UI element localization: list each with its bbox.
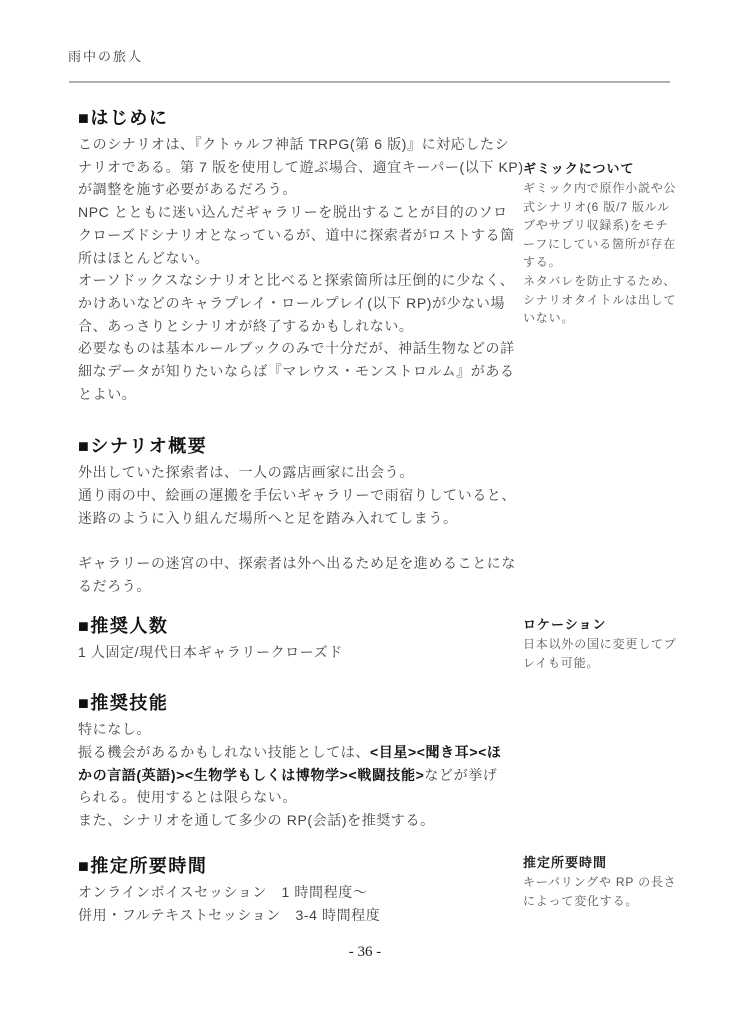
body-text: NPC とともに迷い込んだギャラリーを脱出することが目的のソロ <box>78 204 508 220</box>
body-line: 必要なものは基本ルールブックのみで十分だが、神話生物などの詳 <box>78 337 502 360</box>
section-heading: ■推奨人数 <box>78 613 502 639</box>
margin-note-line: いない。 <box>523 309 683 328</box>
body-line: 所はほとんどない。 <box>78 247 502 270</box>
body-text: が調整を施す必要があるだろう。 <box>78 181 297 197</box>
body-line: ナリオである。第 7 版を使用して遊ぶ場合、適宜キーパー(以下 KP) <box>78 156 502 179</box>
body-line: このシナリオは、『クトゥルフ神話 TRPG(第 6 版)』に対応したシ <box>78 133 502 156</box>
margin-note-line: 式シナリオ(6 版/7 版ルル <box>523 198 683 217</box>
section-heading: ■シナリオ概要 <box>78 433 502 459</box>
section-heading: ■推定所要時間 <box>78 853 502 879</box>
body-line: ギャラリーの迷宮の中、探索者は外へ出るため足を進めることにな <box>78 552 502 575</box>
margin-note: 推定所要時間キーパリングや RP の長さによって変化する。 <box>523 854 683 910</box>
body-line: 振る機会があるかもしれない技能としては、<目星><聞き耳><ほ <box>78 741 502 764</box>
body-text: 1 人固定/現代日本ギャラリークローズド <box>78 644 343 660</box>
body-text: 振る機会があるかもしれない技能としては、 <box>78 744 370 760</box>
body-text: オンラインボイスセッション 1 時間程度〜 <box>78 884 367 900</box>
body-line: NPC とともに迷い込んだギャラリーを脱出することが目的のソロ <box>78 201 502 224</box>
body-text: られる。使用するとは限らない。 <box>78 789 297 805</box>
body-text: 合、あっさりとシナリオが終了するかもしれない。 <box>78 318 414 334</box>
body-line: とよい。 <box>78 383 502 406</box>
section-heading: ■推奨技能 <box>78 690 502 716</box>
body-text: 細なデータが知りたいならば『マレウス・モンストロルム』がある <box>78 363 515 379</box>
page-number: - 36 - <box>0 944 730 961</box>
body-text: クローズドシナリオとなっているが、道中に探索者がロストする箇 <box>78 227 515 243</box>
body-text: オーソドックスなシナリオと比べると探索箇所は圧倒的に少なく、 <box>78 272 514 288</box>
body-line: 通り雨の中、絵画の運搬を手伝いギャラリーで雨宿りしていると、 <box>78 484 502 507</box>
body-line: が調整を施す必要があるだろう。 <box>78 178 502 201</box>
margin-note-line: ネタバレを防止するため、 <box>523 272 683 291</box>
body-text: 迷路のように入り組んだ場所へと足を踏み入れてしまう。 <box>78 510 458 526</box>
margin-note-line: 日本以外の国に変更してプ <box>523 635 683 654</box>
body-text: 通り雨の中、絵画の運搬を手伝いギャラリーで雨宿りしていると、 <box>78 487 516 503</box>
margin-note-line: する。 <box>523 253 683 272</box>
body-line: 迷路のように入り組んだ場所へと足を踏み入れてしまう。 <box>78 507 502 530</box>
margin-note-line: ーフにしている箇所が存在 <box>523 235 683 254</box>
body-text: ナリオである。第 7 版を使用して遊ぶ場合、適宜キーパー(以下 KP) <box>78 159 524 175</box>
header-rule <box>69 81 670 83</box>
margin-note-line: レイも可能。 <box>523 654 683 673</box>
body-line: オーソドックスなシナリオと比べると探索箇所は圧倒的に少なく、 <box>78 269 502 292</box>
running-header-title: 雨中の旅人 <box>68 46 143 65</box>
body-text: などが挙げ <box>424 767 497 783</box>
document-section: ■推奨人数1 人固定/現代日本ギャラリークローズド <box>78 613 502 664</box>
emphasized-text: <目星><聞き耳><ほ <box>370 744 501 760</box>
body-line: 合、あっさりとシナリオが終了するかもしれない。 <box>78 315 502 338</box>
body-text: 特になし。 <box>78 721 151 737</box>
body-line: クローズドシナリオとなっているが、道中に探索者がロストする箇 <box>78 224 502 247</box>
margin-note: ロケーション日本以外の国に変更してプレイも可能。 <box>523 616 683 672</box>
document-page: 雨中の旅人 ■はじめにこのシナリオは、『クトゥルフ神話 TRPG(第 6 版)』… <box>0 0 730 1024</box>
margin-note-title: ロケーション <box>523 616 683 634</box>
body-line: 1 人固定/現代日本ギャラリークローズド <box>78 641 502 664</box>
body-text: また、シナリオを通して多少の RP(会話)を推奨する。 <box>78 812 435 828</box>
main-column: ■はじめにこのシナリオは、『クトゥルフ神話 TRPG(第 6 版)』に対応したシ… <box>78 105 502 926</box>
body-line: 細なデータが知りたいならば『マレウス・モンストロルム』がある <box>78 360 502 383</box>
body-text: 併用・フルテキストセッション 3-4 時間程度 <box>78 907 380 923</box>
body-line: られる。使用するとは限らない。 <box>78 786 502 809</box>
body-text: 外出していた探索者は、一人の露店画家に出会う。 <box>78 464 414 480</box>
body-line: かの言語(英語)><生物学もしくは博物学><戦闘技能>などが挙げ <box>78 764 502 787</box>
body-text: 所はほとんどない。 <box>78 250 209 266</box>
section-heading: ■はじめに <box>78 105 502 131</box>
body-line: また、シナリオを通して多少の RP(会話)を推奨する。 <box>78 809 502 832</box>
margin-note-line: シナリオタイトルは出して <box>523 291 683 310</box>
body-line: オンラインボイスセッション 1 時間程度〜 <box>78 881 502 904</box>
body-text: 必要なものは基本ルールブックのみで十分だが、神話生物などの詳 <box>78 340 515 356</box>
margin-note-line: ブやサプリ収録系)をモチ <box>523 216 683 235</box>
document-section: ■推奨技能特になし。振る機会があるかもしれない技能としては、<目星><聞き耳><… <box>78 690 502 832</box>
blank-line <box>78 530 502 553</box>
margin-note-title: 推定所要時間 <box>523 854 683 872</box>
body-text: このシナリオは、『クトゥルフ神話 TRPG(第 6 版)』に対応したシ <box>78 136 509 152</box>
body-line: 特になし。 <box>78 718 502 741</box>
body-line: 外出していた探索者は、一人の露店画家に出会う。 <box>78 461 502 484</box>
body-text: かけあいなどのキャラプレイ・ロールプレイ(以下 RP)が少ない場 <box>78 295 505 311</box>
margin-note: ギミックについてギミック内で原作小説や公式シナリオ(6 版/7 版ルルブやサプリ… <box>523 160 683 328</box>
margin-note-line: ギミック内で原作小説や公 <box>523 179 683 198</box>
body-line: かけあいなどのキャラプレイ・ロールプレイ(以下 RP)が少ない場 <box>78 292 502 315</box>
body-line: 併用・フルテキストセッション 3-4 時間程度 <box>78 904 502 927</box>
body-text: とよい。 <box>78 386 136 402</box>
margin-note-line: によって変化する。 <box>523 892 683 911</box>
body-line: るだろう。 <box>78 575 502 598</box>
margin-note-title: ギミックについて <box>523 160 683 178</box>
document-section: ■はじめにこのシナリオは、『クトゥルフ神話 TRPG(第 6 版)』に対応したシ… <box>78 105 502 405</box>
body-text: るだろう。 <box>78 578 151 594</box>
emphasized-text: かの言語(英語)><生物学もしくは博物学><戦闘技能> <box>78 767 424 783</box>
document-section: ■シナリオ概要外出していた探索者は、一人の露店画家に出会う。通り雨の中、絵画の運… <box>78 433 502 597</box>
document-section: ■推定所要時間オンラインボイスセッション 1 時間程度〜併用・フルテキストセッシ… <box>78 853 502 926</box>
body-text: ギャラリーの迷宮の中、探索者は外へ出るため足を進めることにな <box>78 555 516 571</box>
margin-note-line: キーパリングや RP の長さ <box>523 873 683 892</box>
